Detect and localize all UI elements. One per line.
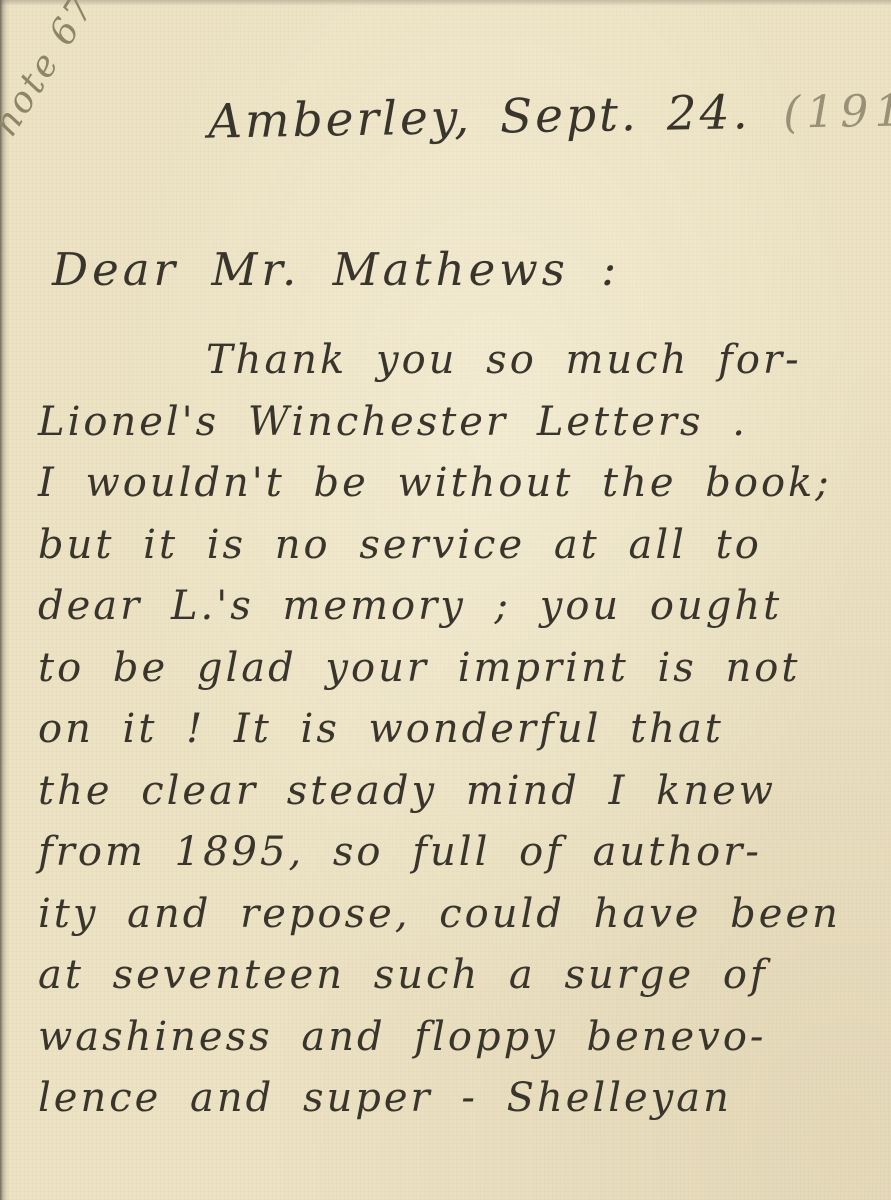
body-line: Lionel's Winchester Letters . <box>38 392 870 454</box>
letter-scan-page: note 67 Amberley, Sept. 24. (1919) Dear … <box>0 0 891 1200</box>
salutation: Dear Mr. Mathews : <box>52 243 620 296</box>
body-line: I wouldn't be without the book; <box>38 453 870 515</box>
body-line: from 1895, so full of author- <box>38 822 870 884</box>
dateline: Amberley, Sept. 24. (1919) <box>208 81 891 149</box>
pencil-corner-annotation: note 67 <box>0 0 104 143</box>
body-line: at seventeen such a surge of <box>38 945 870 1007</box>
body-line: dear L.'s memory ; you ought <box>38 576 870 638</box>
body-line: washiness and floppy benevo- <box>38 1007 870 1069</box>
body-line: the clear steady mind I knew <box>38 761 870 823</box>
dateline-place-date: Amberley, Sept. 24. <box>208 85 751 149</box>
body-line: to be glad your imprint is not <box>38 638 870 700</box>
body-line: ity and repose, could have been <box>38 884 870 946</box>
body-line: Thank you so much for- <box>38 330 870 392</box>
paper-top-edge-shadow <box>0 0 891 6</box>
body-line: on it ! It is wonderful that <box>38 699 870 761</box>
body-line: lence and super - Shelleyan <box>38 1068 870 1130</box>
dateline-year-pencil: (1919) <box>783 84 891 138</box>
body-line: but it is no service at all to <box>38 515 870 577</box>
letter-body: Thank you so much for- Lionel's Winchest… <box>38 330 870 1130</box>
paper-left-edge-shadow <box>0 0 10 1200</box>
